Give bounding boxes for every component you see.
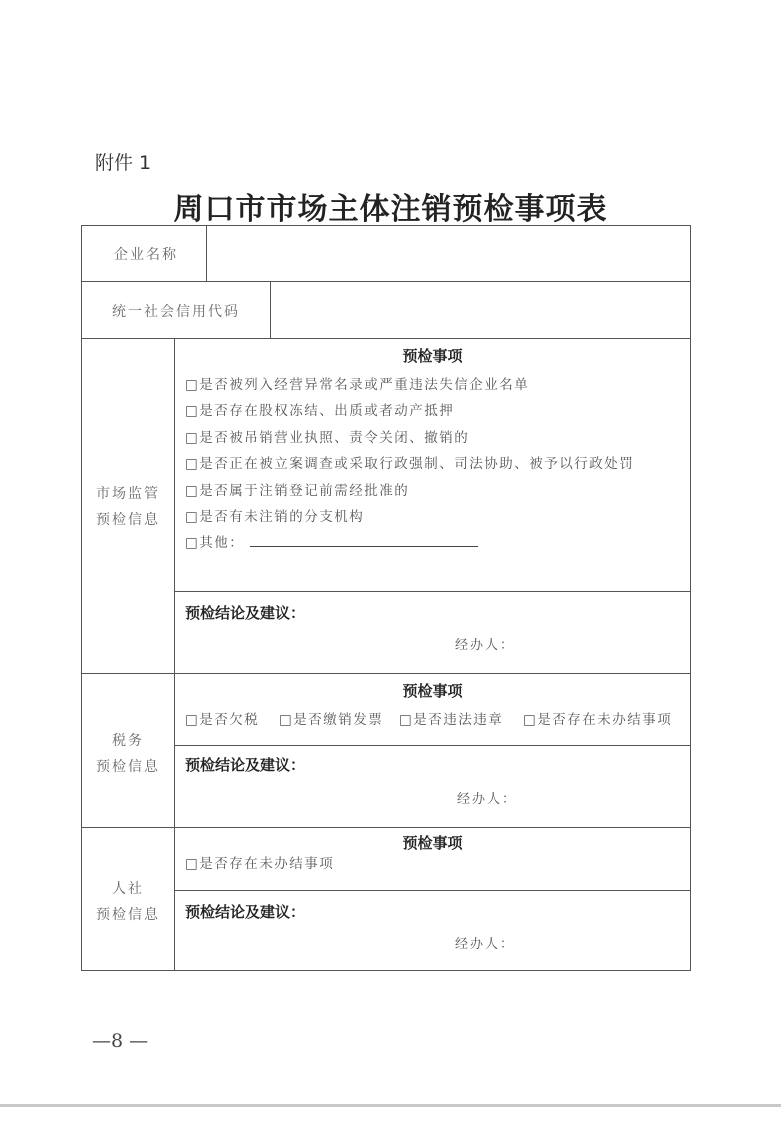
tax-section-label-cell: 税务 预检信息 bbox=[81, 673, 175, 828]
tax-conclusion-label: 预检结论及建议： bbox=[185, 754, 305, 775]
market-check-under-investigation[interactable]: □是否正在被立案调查或采取行政强制、司法协助、被予以行政处罚 bbox=[185, 452, 634, 472]
company-name-label: 企业名称 bbox=[114, 244, 178, 264]
other-blank-input[interactable] bbox=[250, 534, 478, 547]
company-name-field[interactable] bbox=[206, 225, 691, 282]
market-items-cell: 预检事项 □是否被列入经营异常名录或严重违法失信企业名单 □是否存在股权冻结、出… bbox=[174, 338, 691, 592]
page-number: —8 — bbox=[92, 1030, 148, 1052]
tax-section-label: 税务 预检信息 bbox=[82, 728, 174, 780]
market-check-other[interactable]: □其他： bbox=[185, 531, 478, 551]
company-name-label-cell: 企业名称 bbox=[81, 225, 207, 282]
market-handler-label: 经办人： bbox=[455, 634, 515, 653]
market-conclusion-label: 预检结论及建议： bbox=[185, 602, 305, 623]
market-check-approval-required[interactable]: □是否属于注销登记前需经批准的 bbox=[185, 479, 409, 499]
attachment-label: 附件 1 bbox=[95, 148, 151, 175]
market-check-equity-freeze[interactable]: □是否存在股权冻结、出质或者动产抵押 bbox=[185, 399, 454, 419]
tax-items-heading: 预检事项 bbox=[175, 680, 690, 701]
market-check-branches[interactable]: □是否有未注销的分支机构 bbox=[185, 505, 364, 525]
page-divider bbox=[0, 1104, 781, 1107]
market-section-label: 市场监管 预检信息 bbox=[82, 481, 174, 533]
market-section-label-cell: 市场监管 预检信息 bbox=[81, 338, 175, 674]
hr-section-label: 人社 预检信息 bbox=[82, 876, 174, 928]
hr-items-cell: 预检事项 □是否存在未办结事项 bbox=[174, 827, 691, 891]
hr-section-label-cell: 人社 预检信息 bbox=[81, 827, 175, 971]
tax-conclusion-cell[interactable]: 预检结论及建议： 经办人： bbox=[174, 745, 691, 828]
market-items-heading: 预检事项 bbox=[175, 345, 690, 366]
hr-handler-label: 经办人： bbox=[455, 933, 515, 952]
tax-check-pending[interactable]: □是否存在未办结事项 bbox=[523, 708, 672, 728]
tax-items-cell: 预检事项 □是否欠税 □是否缴销发票 □是否违法违章 □是否存在未办结事项 bbox=[174, 673, 691, 746]
credit-code-label-cell: 统一社会信用代码 bbox=[81, 281, 271, 339]
page-title: 周口市市场主体注销预检事项表 bbox=[0, 184, 781, 228]
credit-code-label: 统一社会信用代码 bbox=[112, 301, 240, 321]
tax-handler-label: 经办人： bbox=[457, 788, 517, 807]
market-conclusion-cell[interactable]: 预检结论及建议： 经办人： bbox=[174, 591, 691, 674]
tax-check-violations[interactable]: □是否违法违章 bbox=[399, 708, 503, 728]
market-check-license-revoked[interactable]: □是否被吊销营业执照、责令关闭、撤销的 bbox=[185, 426, 469, 446]
tax-check-arrears[interactable]: □是否欠税 bbox=[185, 708, 259, 728]
hr-conclusion-cell[interactable]: 预检结论及建议： 经办人： bbox=[174, 890, 691, 971]
credit-code-field[interactable] bbox=[270, 281, 691, 339]
hr-check-pending[interactable]: □是否存在未办结事项 bbox=[185, 852, 334, 872]
hr-items-heading: 预检事项 bbox=[175, 832, 690, 853]
tax-check-invoices[interactable]: □是否缴销发票 bbox=[279, 708, 383, 728]
market-check-abnormal-list[interactable]: □是否被列入经营异常名录或严重违法失信企业名单 bbox=[185, 373, 529, 393]
hr-conclusion-label: 预检结论及建议： bbox=[185, 901, 305, 922]
